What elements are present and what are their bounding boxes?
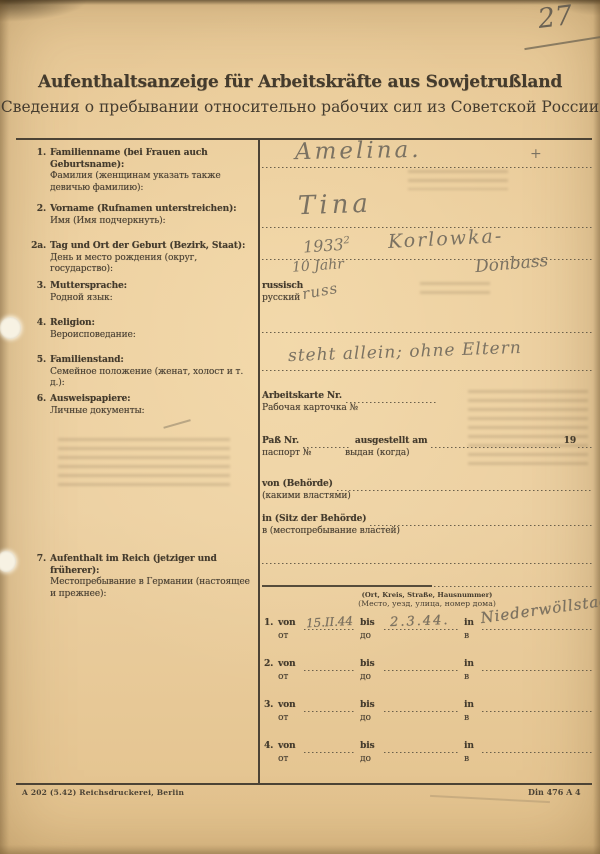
in-label-de: in xyxy=(460,618,482,630)
label-ru: Личные документы: xyxy=(50,406,145,416)
in-blank xyxy=(482,742,592,753)
pass-label-ru: паспорт № xyxy=(262,448,311,460)
scan-corner-shadow-left xyxy=(0,0,95,24)
von-label-de: von xyxy=(278,700,304,712)
label-ru: Местопребывание в Германии (настоящее и … xyxy=(50,577,250,599)
authority-blank xyxy=(337,481,592,491)
seat-label-de: in (Sitz der Behörde) xyxy=(262,514,366,526)
von-blank xyxy=(304,742,356,753)
handwritten-region: Donbass xyxy=(474,251,549,277)
arbeitskarte-row: Arbeitskarte Nr. xyxy=(262,391,592,403)
bis-label-de: bis xyxy=(356,618,384,630)
hole-punch-top xyxy=(0,317,21,339)
in-blank xyxy=(482,701,592,712)
label-de: Familienstand: xyxy=(50,355,124,365)
field-label-vorname: 2. Vorname (Rufnamen unterstreichen): Им… xyxy=(22,204,254,227)
stay-row-line1: 2. von bis in xyxy=(264,659,592,671)
stay-row-line2: от до в xyxy=(264,754,592,766)
von-label-de: von xyxy=(278,659,304,671)
form-title-russian: Сведения о пребывании относительно рабоч… xyxy=(0,98,600,116)
in-label-ru: в xyxy=(460,713,482,725)
pass-label-de: Paß Nr. xyxy=(262,436,299,448)
label-ru: Родной язык: xyxy=(50,293,113,303)
pencil-stroke xyxy=(524,36,600,50)
in-label-ru: в xyxy=(460,672,482,684)
field-number: 7. xyxy=(22,554,50,601)
pass-number-blank xyxy=(303,438,351,448)
answer-line-familienstand xyxy=(262,370,592,371)
bis-label-de: bis xyxy=(356,659,384,671)
ink-bleed-smudge xyxy=(58,438,230,486)
seat-row: in (Sitz der Behörde) xyxy=(262,514,592,526)
handwritten-vorname: Tina xyxy=(297,189,372,222)
birth-year: 1933 xyxy=(302,235,344,257)
scan-edge-right xyxy=(593,0,600,854)
issued-label-ru: выдан (когда) xyxy=(345,448,409,460)
column-divider xyxy=(258,138,260,784)
field-number: 3. xyxy=(22,281,50,304)
label-ru: День и место рождения (округ, государств… xyxy=(50,253,197,275)
printed-muttersprache-value: russisch русский xyxy=(262,281,303,304)
authority-label-de: von (Behörde) xyxy=(262,479,333,491)
seat-blank xyxy=(370,516,592,526)
row-number: 1. xyxy=(264,618,278,630)
stay-row-line2: от до в xyxy=(264,631,592,643)
label-de: Familienname (bei Frauen auch Geburtsnam… xyxy=(50,148,208,170)
issued-date-blank xyxy=(431,438,559,448)
von-label-ru: от xyxy=(278,631,304,643)
bis-label-ru: до xyxy=(356,713,384,725)
von-label-ru: от xyxy=(278,713,304,725)
bis-label-ru: до xyxy=(356,754,384,766)
in-label-de: in xyxy=(460,700,482,712)
in-label-de: in xyxy=(460,741,482,753)
in-label-de: in xyxy=(460,659,482,671)
handwritten-von-date: 15.II.44 xyxy=(306,614,354,632)
label-de: Vorname (Rufnamen unterstreichen): xyxy=(50,204,236,214)
label-de: Religion: xyxy=(50,318,95,328)
row-number: 4. xyxy=(264,741,278,753)
hole-punch-bottom xyxy=(0,551,16,572)
handwritten-familienstand: steht allein; ohne Eltern xyxy=(288,338,522,366)
printed-russkij: русский xyxy=(262,293,300,303)
von-blank xyxy=(304,701,356,712)
field-number: 2a. xyxy=(22,241,50,276)
stay-row-line1: 4. von bis in xyxy=(264,741,592,753)
din-format-note: Din 476 A 4 xyxy=(528,787,581,797)
in-label-ru: в xyxy=(460,631,482,643)
stay-row-1: 1. von 15.II.44 bis 2.3.44. in Niederwöl… xyxy=(264,618,592,642)
arbeitskarte-label-de: Arbeitskarte Nr. xyxy=(262,391,342,403)
label-ru: Семейное положение (женат, холост и т. д… xyxy=(50,367,243,389)
bis-label-ru: до xyxy=(356,631,384,643)
footer-rule xyxy=(16,783,592,785)
field-label-geburt: 2a. Tag und Ort der Geburt (Bezirk, Staa… xyxy=(22,241,254,276)
handwritten-bis-date: 2.3.44. xyxy=(390,613,450,632)
print-imprint: A 202 (5.42) Reichsdruckerei, Berlin xyxy=(22,788,184,797)
bis-blank xyxy=(384,742,460,753)
pencil-stroke xyxy=(163,419,190,428)
stays-top-line xyxy=(262,563,592,564)
issued-label-de: ausgestellt am xyxy=(355,436,428,448)
pencil-cross-mark: + xyxy=(530,146,542,162)
arbeitskarte-blank xyxy=(346,393,436,403)
authority-label-ru: (какими властями) xyxy=(262,491,351,503)
label-de: Ausweispapiere: xyxy=(50,394,130,404)
handwritten-birth-place: Korlowka- xyxy=(388,225,504,253)
form-title-german: Aufenthaltsanzeige für Arbeitskräfte aus… xyxy=(0,72,600,92)
in-label-ru: в xyxy=(460,754,482,766)
bis-label-ru: до xyxy=(356,672,384,684)
von-label-de: von xyxy=(278,741,304,753)
field-label-familienstand: 5. Familienstand: Семейное положение (же… xyxy=(22,355,254,390)
stays-note-de: (Ort, Kreis, Straße, Hausnummer) xyxy=(262,591,592,599)
scanned-form-page: 27 Aufenthaltsanzeige für Arbeitskräfte … xyxy=(0,0,600,854)
stay-row-line1: 3. von bis in xyxy=(264,700,592,712)
handwritten-age: 10 Jahr xyxy=(292,256,345,276)
answer-line-familienname xyxy=(262,167,592,168)
label-de: Aufenthalt im Reich (jetziger und früher… xyxy=(50,554,217,576)
field-label-ausweispapiere: 6. Ausweispapiere: Личные документы: xyxy=(22,394,254,417)
von-label-ru: от xyxy=(278,672,304,684)
field-label-familienname: 1. Familienname (bei Frauen auch Geburts… xyxy=(22,148,254,195)
answer-line-religion xyxy=(262,332,592,333)
stays-second-line-solid xyxy=(262,585,432,587)
label-de: Muttersprache: xyxy=(50,281,127,291)
pencil-russ-mark: russ xyxy=(301,279,340,303)
printed-russisch: russisch xyxy=(262,281,303,291)
stay-row-line2: от до в xyxy=(264,713,592,725)
field-number: 6. xyxy=(22,394,50,417)
field-label-religion: 4. Religion: Вероисповедание: xyxy=(22,318,254,341)
authority-row: von (Behörde) xyxy=(262,479,592,491)
answer-line-vorname xyxy=(262,227,592,228)
arbeitskarte-label-ru: Рабочая карточка № xyxy=(262,403,358,415)
von-blank: 15.II.44 xyxy=(304,619,356,630)
year-blank xyxy=(578,438,592,448)
label-ru: Имя (Имя подчеркнуть): xyxy=(50,216,165,226)
von-label-de: von xyxy=(278,618,304,630)
field-label-aufenthalt: 7. Aufenthalt im Reich (jetziger und frü… xyxy=(22,554,254,601)
stay-row-line1: 1. von 15.II.44 bis 2.3.44. in Niederwöl… xyxy=(264,618,592,630)
field-number: 2. xyxy=(22,204,50,227)
bis-blank xyxy=(384,701,460,712)
ink-bleed-smudge xyxy=(408,170,508,190)
year-prefix: 19 xyxy=(564,436,576,448)
bis-blank: 2.3.44. xyxy=(384,619,460,630)
von-blank xyxy=(304,660,356,671)
scan-edge-bottom xyxy=(0,845,600,854)
pass-row: Paß Nr. ausgestellt am 19 xyxy=(262,436,592,448)
field-number: 5. xyxy=(22,355,50,390)
ink-bleed-smudge xyxy=(420,282,490,298)
scan-edge-left xyxy=(0,0,9,854)
field-number: 1. xyxy=(22,148,50,195)
stay-row-line2: от до в xyxy=(264,672,592,684)
stay-row-2: 2. von bis in от до в xyxy=(264,659,592,683)
row-number: 2. xyxy=(264,659,278,671)
field-number: 4. xyxy=(22,318,50,341)
in-blank xyxy=(482,660,592,671)
label-de: Tag und Ort der Geburt (Bezirk, Staat): xyxy=(50,241,245,251)
handwritten-birth-year: 19332 xyxy=(302,234,350,256)
stay-row-3: 3. von bis in от до в xyxy=(264,700,592,724)
stay-row-4: 4. von bis in от до в xyxy=(264,741,592,765)
label-ru: Вероисповедание: xyxy=(50,330,136,340)
bis-blank xyxy=(384,660,460,671)
in-blank: Niederwöllstadt xyxy=(482,619,592,630)
birth-year-superscript: 2 xyxy=(343,235,350,246)
row-number: 3. xyxy=(264,700,278,712)
label-ru: Фамилия (женщинам указать также девичью … xyxy=(50,171,221,193)
field-label-muttersprache: 3. Muttersprache: Родной язык: xyxy=(22,281,254,304)
bis-label-de: bis xyxy=(356,700,384,712)
corner-page-number: 27 xyxy=(536,0,574,35)
handwritten-familienname: Amelina. xyxy=(295,137,422,165)
seat-label-ru: в (местопребывание властей) xyxy=(262,526,400,538)
von-label-ru: от xyxy=(278,754,304,766)
bis-label-de: bis xyxy=(356,741,384,753)
